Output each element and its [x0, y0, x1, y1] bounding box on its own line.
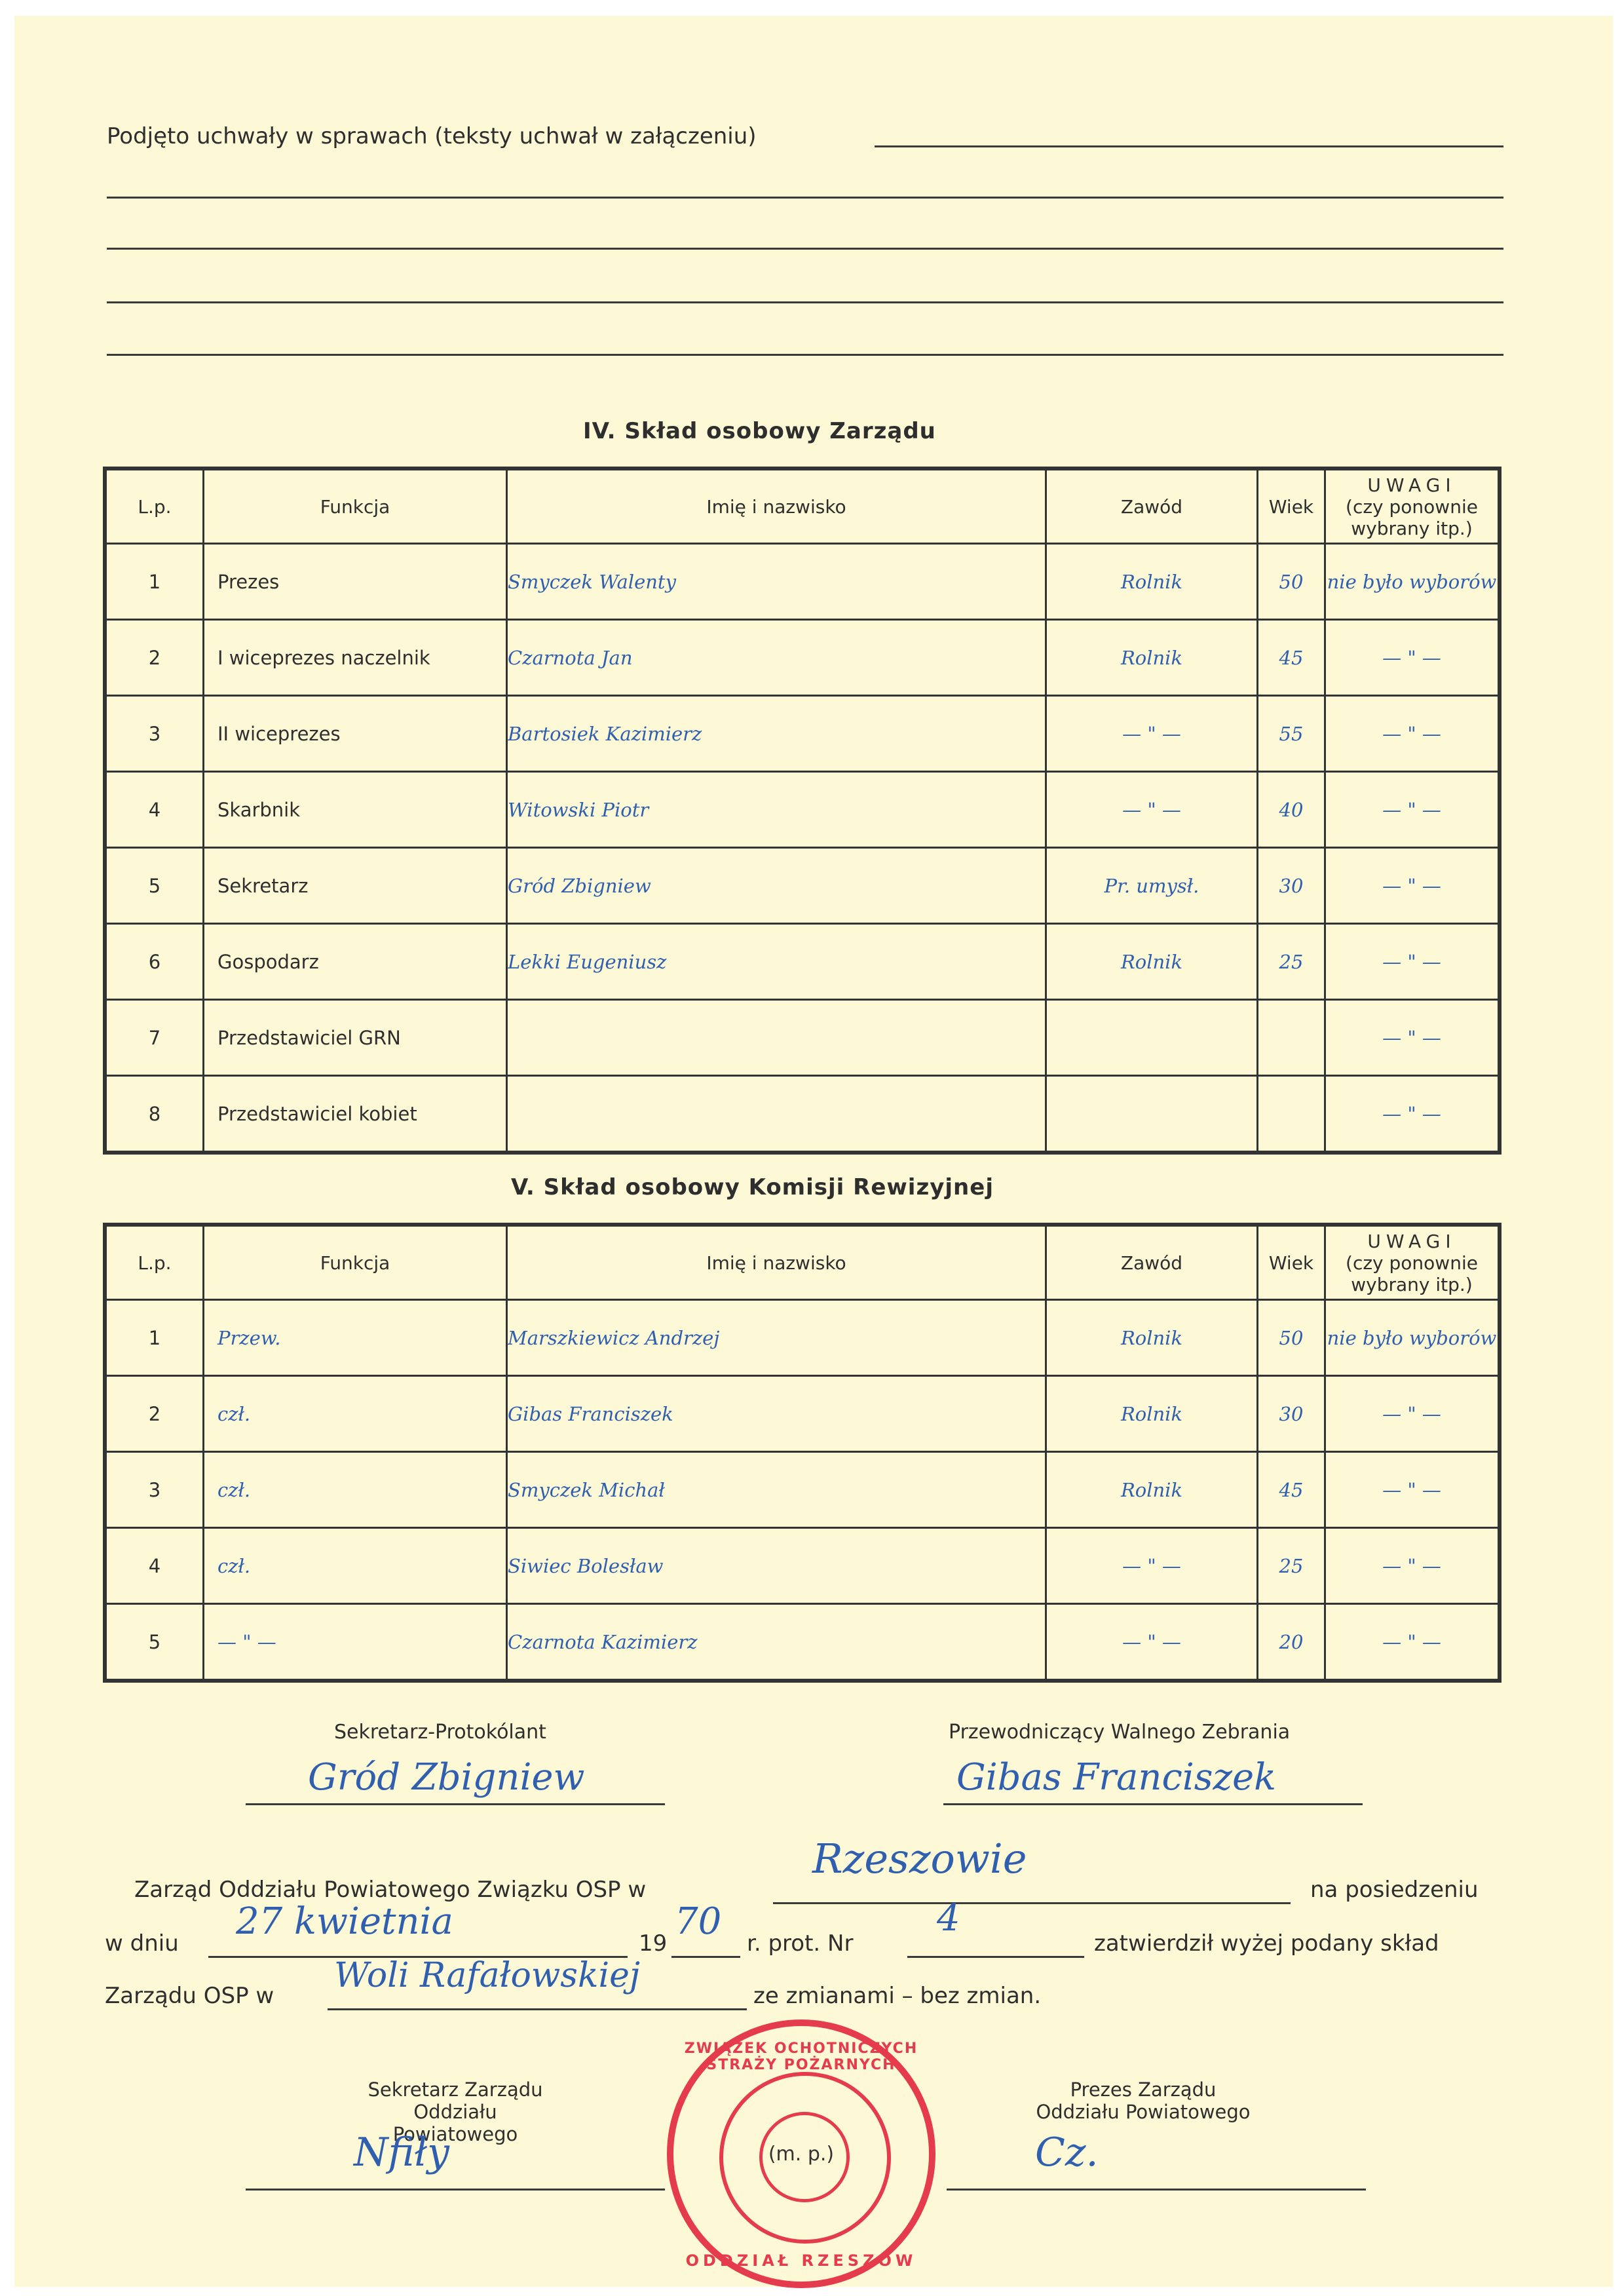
row-function: Przedstawiciel kobiet [204, 1076, 507, 1153]
resolutions-line-3 [107, 248, 1503, 250]
row-function: I wiceprezes naczelnik [204, 620, 507, 696]
table-row: 5SekretarzGród ZbigniewPr. umysł.30— " — [105, 848, 1500, 924]
row-name: Witowski Piotr [507, 772, 1046, 848]
approval-year-value: 70 [675, 1900, 721, 1943]
approval-location-line [773, 1902, 1291, 1904]
row-number: 3 [105, 696, 204, 772]
row-name: Czarnota Kazimierz [507, 1604, 1046, 1681]
row-number: 1 [105, 544, 204, 620]
row-notes: — " — [1325, 924, 1500, 1000]
row-occupation: Pr. umysł. [1046, 848, 1258, 924]
row-function: Przew. [204, 1300, 507, 1376]
district-secretary-signature: Nfiły [354, 2130, 449, 2175]
row-notes: nie było wyborów [1325, 1300, 1500, 1376]
official-stamp: ZWIĄZEK OCHOTNICZYCH STRAŻY POŻARNYCH (m… [667, 2019, 935, 2288]
row-notes: — " — [1325, 848, 1500, 924]
row-notes: — " — [1325, 1376, 1500, 1452]
row-age: 25 [1258, 924, 1325, 1000]
table-row: 1PrezesSmyczek WalentyRolnik50nie było w… [105, 544, 1500, 620]
row-number: 4 [105, 772, 204, 848]
header-notes-subtitle: (czy ponownie wybrany itp.) [1326, 496, 1498, 539]
approval-osp-location-line [328, 2008, 747, 2010]
table-row: 4SkarbnikWitowski Piotr— " —40— " — [105, 772, 1500, 848]
row-name: Bartosiek Kazimierz [507, 696, 1046, 772]
header-lp: L.p. [105, 469, 204, 544]
row-number: 4 [105, 1528, 204, 1604]
row-function: Gospodarz [204, 924, 507, 1000]
row-name: Smyczek Walenty [507, 544, 1046, 620]
row-age: 25 [1258, 1528, 1325, 1604]
header-occupation: Zawód [1046, 1225, 1258, 1300]
row-occupation: Rolnik [1046, 1376, 1258, 1452]
resolutions-line-2 [107, 197, 1503, 199]
row-age [1258, 1000, 1325, 1076]
header-age: Wiek [1258, 469, 1325, 544]
row-name: Gibas Franciszek [507, 1376, 1046, 1452]
approval-line2-prefix: w dniu [105, 1930, 179, 1957]
approval-line3-prefix: Zarządu OSP w [105, 1983, 274, 2009]
row-name: Lekki Eugeniusz [507, 924, 1046, 1000]
row-notes: — " — [1325, 1000, 1500, 1076]
resolutions-label: Podjęto uchwały w sprawach (teksty uchwa… [107, 123, 757, 149]
row-number: 1 [105, 1300, 204, 1376]
approval-protocol-line [907, 1956, 1084, 1958]
row-function: Przedstawiciel GRN [204, 1000, 507, 1076]
row-function: — " — [204, 1604, 507, 1681]
row-number: 8 [105, 1076, 204, 1153]
row-name [507, 1000, 1046, 1076]
row-function: Skarbnik [204, 772, 507, 848]
header-occupation: Zawód [1046, 469, 1258, 544]
approval-year-line [671, 1956, 740, 1958]
row-occupation: — " — [1046, 696, 1258, 772]
row-notes: — " — [1325, 1528, 1500, 1604]
row-notes: — " — [1325, 1604, 1500, 1681]
row-notes: — " — [1325, 1452, 1500, 1528]
row-occupation: — " — [1046, 772, 1258, 848]
resolutions-line-4 [107, 301, 1503, 303]
header-name: Imię i nazwisko [507, 469, 1046, 544]
approval-line1-suffix: na posiedzeniu [1310, 1877, 1479, 1903]
chairman-signature: Gibas Franciszek [956, 1756, 1276, 1799]
table-row: 3II wiceprezesBartosiek Kazimierz— " —55… [105, 696, 1500, 772]
board-section-title: IV. Skład osobowy Zarządu [583, 418, 936, 444]
header-name: Imię i nazwisko [507, 1225, 1046, 1300]
row-number: 5 [105, 848, 204, 924]
district-secretary-signature-line [246, 2189, 665, 2191]
row-name: Czarnota Jan [507, 620, 1046, 696]
table-row: 1Przew.Marszkiewicz AndrzejRolnik50nie b… [105, 1300, 1500, 1376]
district-president-label: Prezes Zarządu Oddziału Powiatowego [1012, 2078, 1274, 2123]
row-number: 7 [105, 1000, 204, 1076]
row-function: czł. [204, 1376, 507, 1452]
approval-line2-suffix: zatwierdził wyżej podany skład [1094, 1930, 1439, 1957]
table-row: 2czł.Gibas FranciszekRolnik30— " — [105, 1376, 1500, 1452]
row-age [1258, 1076, 1325, 1153]
audit-header-row: L.p. Funkcja Imię i nazwisko Zawód Wiek … [105, 1225, 1500, 1300]
row-age: 45 [1258, 620, 1325, 696]
row-occupation: Rolnik [1046, 1300, 1258, 1376]
approval-line3-suffix: ze zmianami – bez zmian. [753, 1983, 1041, 2009]
row-occupation: — " — [1046, 1604, 1258, 1681]
table-row: 8Przedstawiciel kobiet— " — [105, 1076, 1500, 1153]
board-table: L.p. Funkcja Imię i nazwisko Zawód Wiek … [103, 467, 1501, 1155]
row-name: Gród Zbigniew [507, 848, 1046, 924]
row-notes: — " — [1325, 1076, 1500, 1153]
header-notes-title: UWAGI [1326, 1231, 1498, 1252]
row-function: II wiceprezes [204, 696, 507, 772]
row-number: 2 [105, 1376, 204, 1452]
header-notes-title: UWAGI [1326, 474, 1498, 496]
table-row: 3czł.Smyczek MichałRolnik45— " — [105, 1452, 1500, 1528]
row-occupation: — " — [1046, 1528, 1258, 1604]
table-row: 5— " —Czarnota Kazimierz— " —20— " — [105, 1604, 1500, 1681]
audit-table: L.p. Funkcja Imię i nazwisko Zawód Wiek … [103, 1223, 1501, 1683]
row-notes: nie było wyborów [1325, 544, 1500, 620]
stamp-bottom-text: ODDZIAŁ RZESZÓW [673, 2251, 929, 2270]
row-number: 6 [105, 924, 204, 1000]
chairman-label: Przewodniczący Walnego Zebrania [949, 1721, 1290, 1744]
row-occupation: Rolnik [1046, 1452, 1258, 1528]
row-age: 50 [1258, 1300, 1325, 1376]
row-occupation [1046, 1076, 1258, 1153]
secretary-signature: Gród Zbigniew [308, 1756, 584, 1799]
row-number: 2 [105, 620, 204, 696]
header-notes: UWAGI (czy ponownie wybrany itp.) [1325, 1225, 1500, 1300]
row-age: 30 [1258, 1376, 1325, 1452]
approval-year-prefix: 19 [639, 1930, 667, 1957]
resolutions-line-1 [875, 145, 1503, 147]
district-secretary-label-line1: Sekretarz Zarządu [350, 2078, 560, 2101]
chairman-signature-line [943, 1803, 1363, 1805]
row-occupation: Rolnik [1046, 544, 1258, 620]
header-lp: L.p. [105, 1225, 204, 1300]
header-notes: UWAGI (czy ponownie wybrany itp.) [1325, 469, 1500, 544]
row-name: Marszkiewicz Andrzej [507, 1300, 1046, 1376]
header-age: Wiek [1258, 1225, 1325, 1300]
approval-location-value: Rzeszowie [812, 1835, 1027, 1883]
approval-line1-prefix: Zarząd Oddziału Powiatowego Związku OSP … [134, 1877, 646, 1903]
row-age: 50 [1258, 544, 1325, 620]
row-age: 45 [1258, 1452, 1325, 1528]
row-age: 20 [1258, 1604, 1325, 1681]
approval-protocol-value: 4 [937, 1897, 960, 1940]
header-function: Funkcja [204, 469, 507, 544]
approval-date-value: 27 kwietnia [236, 1900, 453, 1943]
approval-osp-location-value: Woli Rafałowskiej [334, 1956, 640, 1995]
district-president-label-line1: Prezes Zarządu [1012, 2078, 1274, 2101]
row-number: 5 [105, 1604, 204, 1681]
row-notes: — " — [1325, 696, 1500, 772]
secretary-protocol-label: Sekretarz-Protokólant [334, 1721, 546, 1744]
district-president-signature-line [947, 2189, 1366, 2191]
stamp-top-text: ZWIĄZEK OCHOTNICZYCH STRAŻY POŻARNYCH [673, 2040, 929, 2073]
row-name: Siwiec Bolesław [507, 1528, 1046, 1604]
row-name: Smyczek Michał [507, 1452, 1046, 1528]
board-header-row: L.p. Funkcja Imię i nazwisko Zawód Wiek … [105, 469, 1500, 544]
row-notes: — " — [1325, 620, 1500, 696]
header-notes-subtitle: (czy ponownie wybrany itp.) [1326, 1252, 1498, 1295]
row-age: 55 [1258, 696, 1325, 772]
row-notes: — " — [1325, 772, 1500, 848]
header-function: Funkcja [204, 1225, 507, 1300]
table-row: 2I wiceprezes naczelnikCzarnota JanRolni… [105, 620, 1500, 696]
district-president-label-line2: Oddziału Powiatowego [1012, 2101, 1274, 2123]
row-occupation [1046, 1000, 1258, 1076]
row-number: 3 [105, 1452, 204, 1528]
table-row: 6GospodarzLekki EugeniuszRolnik25— " — [105, 924, 1500, 1000]
row-age: 40 [1258, 772, 1325, 848]
resolutions-line-5 [107, 354, 1503, 356]
table-row: 7Przedstawiciel GRN— " — [105, 1000, 1500, 1076]
row-age: 30 [1258, 848, 1325, 924]
row-occupation: Rolnik [1046, 620, 1258, 696]
row-occupation: Rolnik [1046, 924, 1258, 1000]
stamp-place-marker: (m. p.) [673, 2143, 929, 2166]
row-function: czł. [204, 1452, 507, 1528]
row-name [507, 1076, 1046, 1153]
table-row: 4czł.Siwiec Bolesław— " —25— " — [105, 1528, 1500, 1604]
approval-protocol-label: r. prot. Nr [747, 1930, 853, 1957]
row-function: Sekretarz [204, 848, 507, 924]
row-function: Prezes [204, 544, 507, 620]
district-president-signature: Cz. [1035, 2130, 1099, 2175]
secretary-signature-line [246, 1803, 665, 1805]
audit-section-title: V. Skład osobowy Komisji Rewizyjnej [511, 1174, 994, 1200]
row-function: czł. [204, 1528, 507, 1604]
